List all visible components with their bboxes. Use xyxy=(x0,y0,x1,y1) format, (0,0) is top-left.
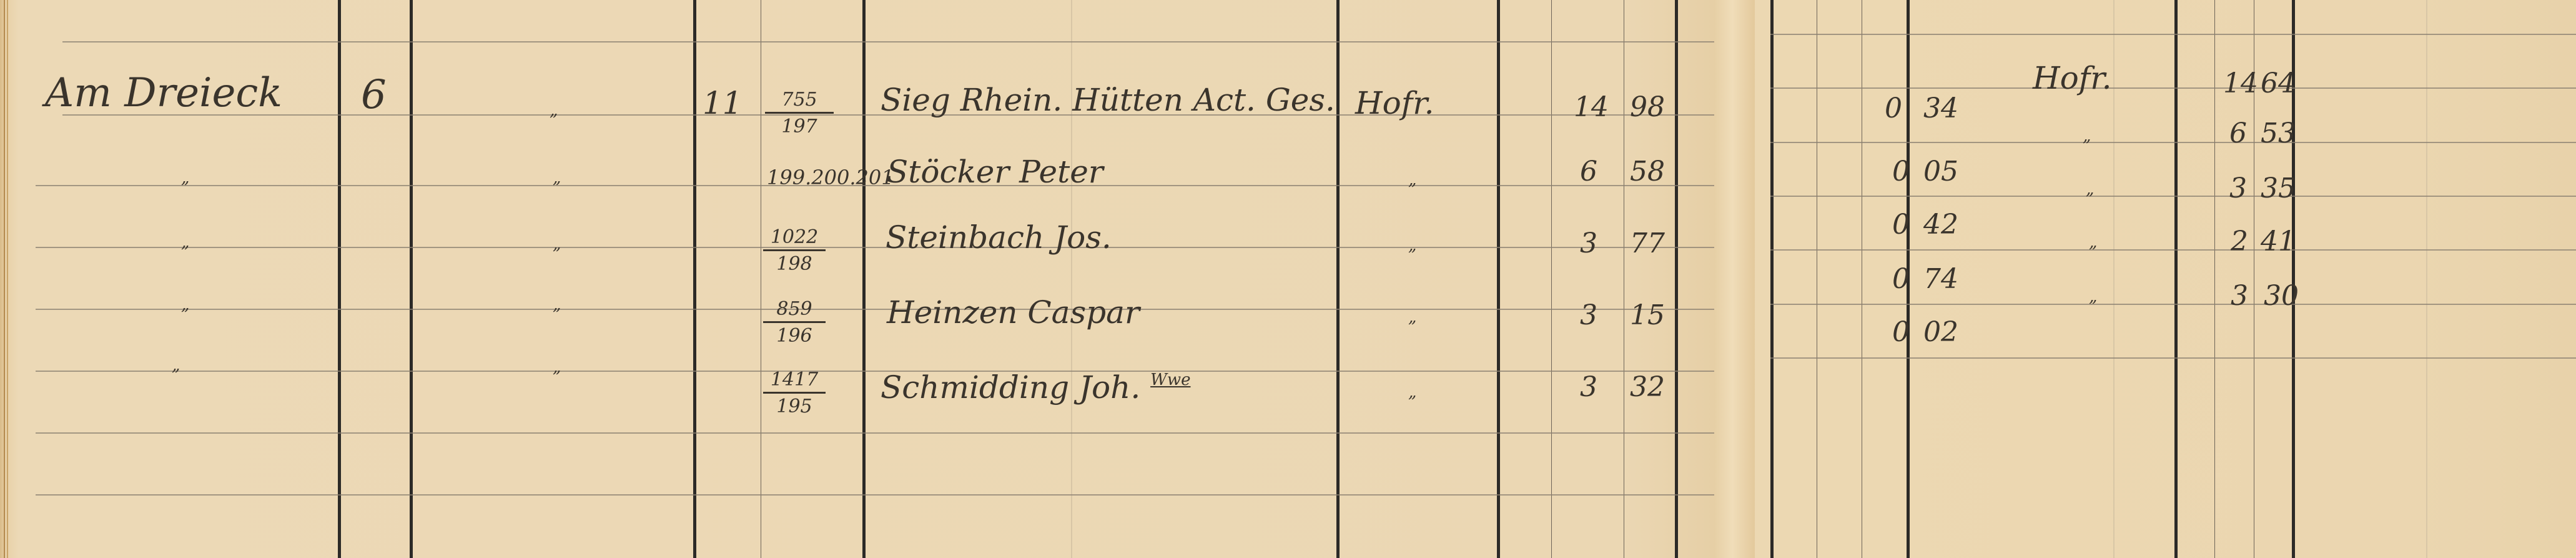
owner-suffix-widow: Wwe xyxy=(1150,371,1190,389)
parcel-fraction: 755 197 xyxy=(765,91,834,136)
owner-name: Stöcker Peter xyxy=(887,156,1103,187)
row-rule xyxy=(36,309,1714,310)
reduction-pfennig: 34 xyxy=(1923,95,1958,122)
column-rule xyxy=(1862,0,1862,558)
column-rule xyxy=(2214,0,2215,558)
parcel-top: 755 xyxy=(765,91,834,114)
net-pfennig: 53 xyxy=(2261,120,2296,147)
net-pfennig: 35 xyxy=(2261,175,2296,202)
ditto-mark: „ xyxy=(2089,289,2097,305)
owner-name: Steinbach Jos. xyxy=(886,222,1112,253)
ditto-mark: „ xyxy=(2089,234,2097,251)
amount-mark: 3 xyxy=(1580,230,1597,257)
net-pfennig: 41 xyxy=(2261,228,2296,256)
owner-name: Schmidding Joh. Wwe xyxy=(881,372,1191,403)
parcel-bottom: 198 xyxy=(763,251,826,274)
use-type: Hofr. xyxy=(2033,62,2112,94)
ditto-mark: „ xyxy=(181,297,189,313)
net-mark: 3 xyxy=(2229,175,2247,202)
street-name: Am Dreieck xyxy=(45,73,282,113)
right-page xyxy=(1755,0,2576,558)
ditto-mark: „ xyxy=(1408,237,1416,254)
owner-name-text: Schmidding Joh. xyxy=(881,369,1140,406)
amount-pfennig: 77 xyxy=(1630,230,1665,257)
parcel-bottom: 195 xyxy=(763,394,826,416)
reduction-mark: 0 xyxy=(1892,211,1910,239)
ditto-mark: „ xyxy=(1408,384,1416,401)
column-rule xyxy=(2174,0,2178,558)
parcel-fraction: 859 196 xyxy=(763,300,826,346)
column-rule xyxy=(1624,0,1624,558)
amount-pfennig: 15 xyxy=(1630,302,1665,329)
book-gutter-fold xyxy=(1714,0,1755,558)
parcel-fraction: 1417 195 xyxy=(763,371,826,416)
column-rule xyxy=(410,0,413,558)
reduction-pfennig: 02 xyxy=(1923,319,1958,346)
column-rule xyxy=(1770,0,1774,558)
page-edge xyxy=(7,0,8,558)
row-rule xyxy=(1770,357,2576,359)
ditto-mark: „ xyxy=(2086,181,2094,197)
row-rule xyxy=(62,41,1714,42)
ditto-mark: „ xyxy=(553,297,561,313)
reduction-mark: 0 xyxy=(1892,158,1910,186)
amount-pfennig: 98 xyxy=(1630,94,1665,121)
amount-mark: 6 xyxy=(1580,158,1597,186)
parcel-bottom: 197 xyxy=(765,114,834,136)
amount-pfennig: 58 xyxy=(1630,158,1665,186)
row-rule xyxy=(36,247,1714,248)
reduction-mark: 0 xyxy=(1892,319,1910,346)
parcel-top: 1417 xyxy=(763,371,826,394)
column-rule xyxy=(2426,0,2427,558)
row-rule xyxy=(1770,249,2576,251)
ditto-mark: „ xyxy=(1408,172,1416,188)
row-rule xyxy=(1770,304,2576,305)
row-rule xyxy=(1770,34,2576,35)
ditto-mark: „ xyxy=(550,102,558,119)
column-rule xyxy=(761,0,761,558)
net-mark: 2 xyxy=(2231,228,2248,256)
house-number: 6 xyxy=(361,75,387,115)
column-rule xyxy=(693,0,696,558)
parcel-bottom: 196 xyxy=(763,323,826,346)
column-rule xyxy=(1675,0,1678,558)
row-rule xyxy=(36,432,1714,434)
ditto-mark: „ xyxy=(553,236,561,252)
parcel-top: 1022 xyxy=(763,228,826,251)
row-rule xyxy=(36,494,1714,496)
net-pfennig: 64 xyxy=(2261,70,2296,97)
column-rule xyxy=(862,0,866,558)
net-mark: 6 xyxy=(2229,120,2247,147)
ditto-mark: „ xyxy=(172,357,180,374)
amount-mark: 14 xyxy=(1574,94,1609,121)
ditto-mark: „ xyxy=(181,234,189,251)
flur-number: 11 xyxy=(703,87,743,119)
reduction-pfennig: 42 xyxy=(1923,211,1958,239)
row-rule xyxy=(1770,196,2576,197)
row-rule xyxy=(1770,87,2576,89)
column-rule xyxy=(338,0,341,558)
ditto-mark: „ xyxy=(181,170,189,186)
parcel-top: 859 xyxy=(763,300,826,323)
use-type: Hofr. xyxy=(1355,87,1434,119)
owner-name: Heinzen Caspar xyxy=(887,297,1140,328)
owner-name: Sieg Rhein. Hütten Act. Ges. xyxy=(881,84,1335,116)
net-pfennig: 30 xyxy=(2264,282,2299,310)
reduction-mark: 0 xyxy=(1892,266,1910,293)
column-rule xyxy=(1817,0,1817,558)
ditto-mark: „ xyxy=(1408,309,1416,326)
parcel-numbers: 199.200.201 xyxy=(767,167,894,187)
column-rule xyxy=(1551,0,1552,558)
amount-mark: 3 xyxy=(1580,302,1597,329)
row-rule xyxy=(1770,142,2576,143)
ditto-mark: „ xyxy=(2083,128,2091,144)
reduction-pfennig: 05 xyxy=(1923,158,1958,186)
page-edge xyxy=(4,0,5,558)
reduction-mark: 0 xyxy=(1885,95,1902,122)
amount-pfennig: 32 xyxy=(1630,374,1665,401)
column-rule xyxy=(1336,0,1340,558)
ditto-mark: „ xyxy=(553,359,561,376)
row-rule xyxy=(36,371,1714,372)
reduction-pfennig: 74 xyxy=(1923,266,1958,293)
amount-mark: 3 xyxy=(1580,374,1597,401)
net-mark: 3 xyxy=(2231,282,2248,310)
net-mark: 14 xyxy=(2223,70,2258,97)
ditto-mark: „ xyxy=(553,170,561,186)
column-rule xyxy=(2113,0,2115,558)
column-rule xyxy=(1497,0,1500,558)
parcel-fraction: 1022 198 xyxy=(763,228,826,274)
